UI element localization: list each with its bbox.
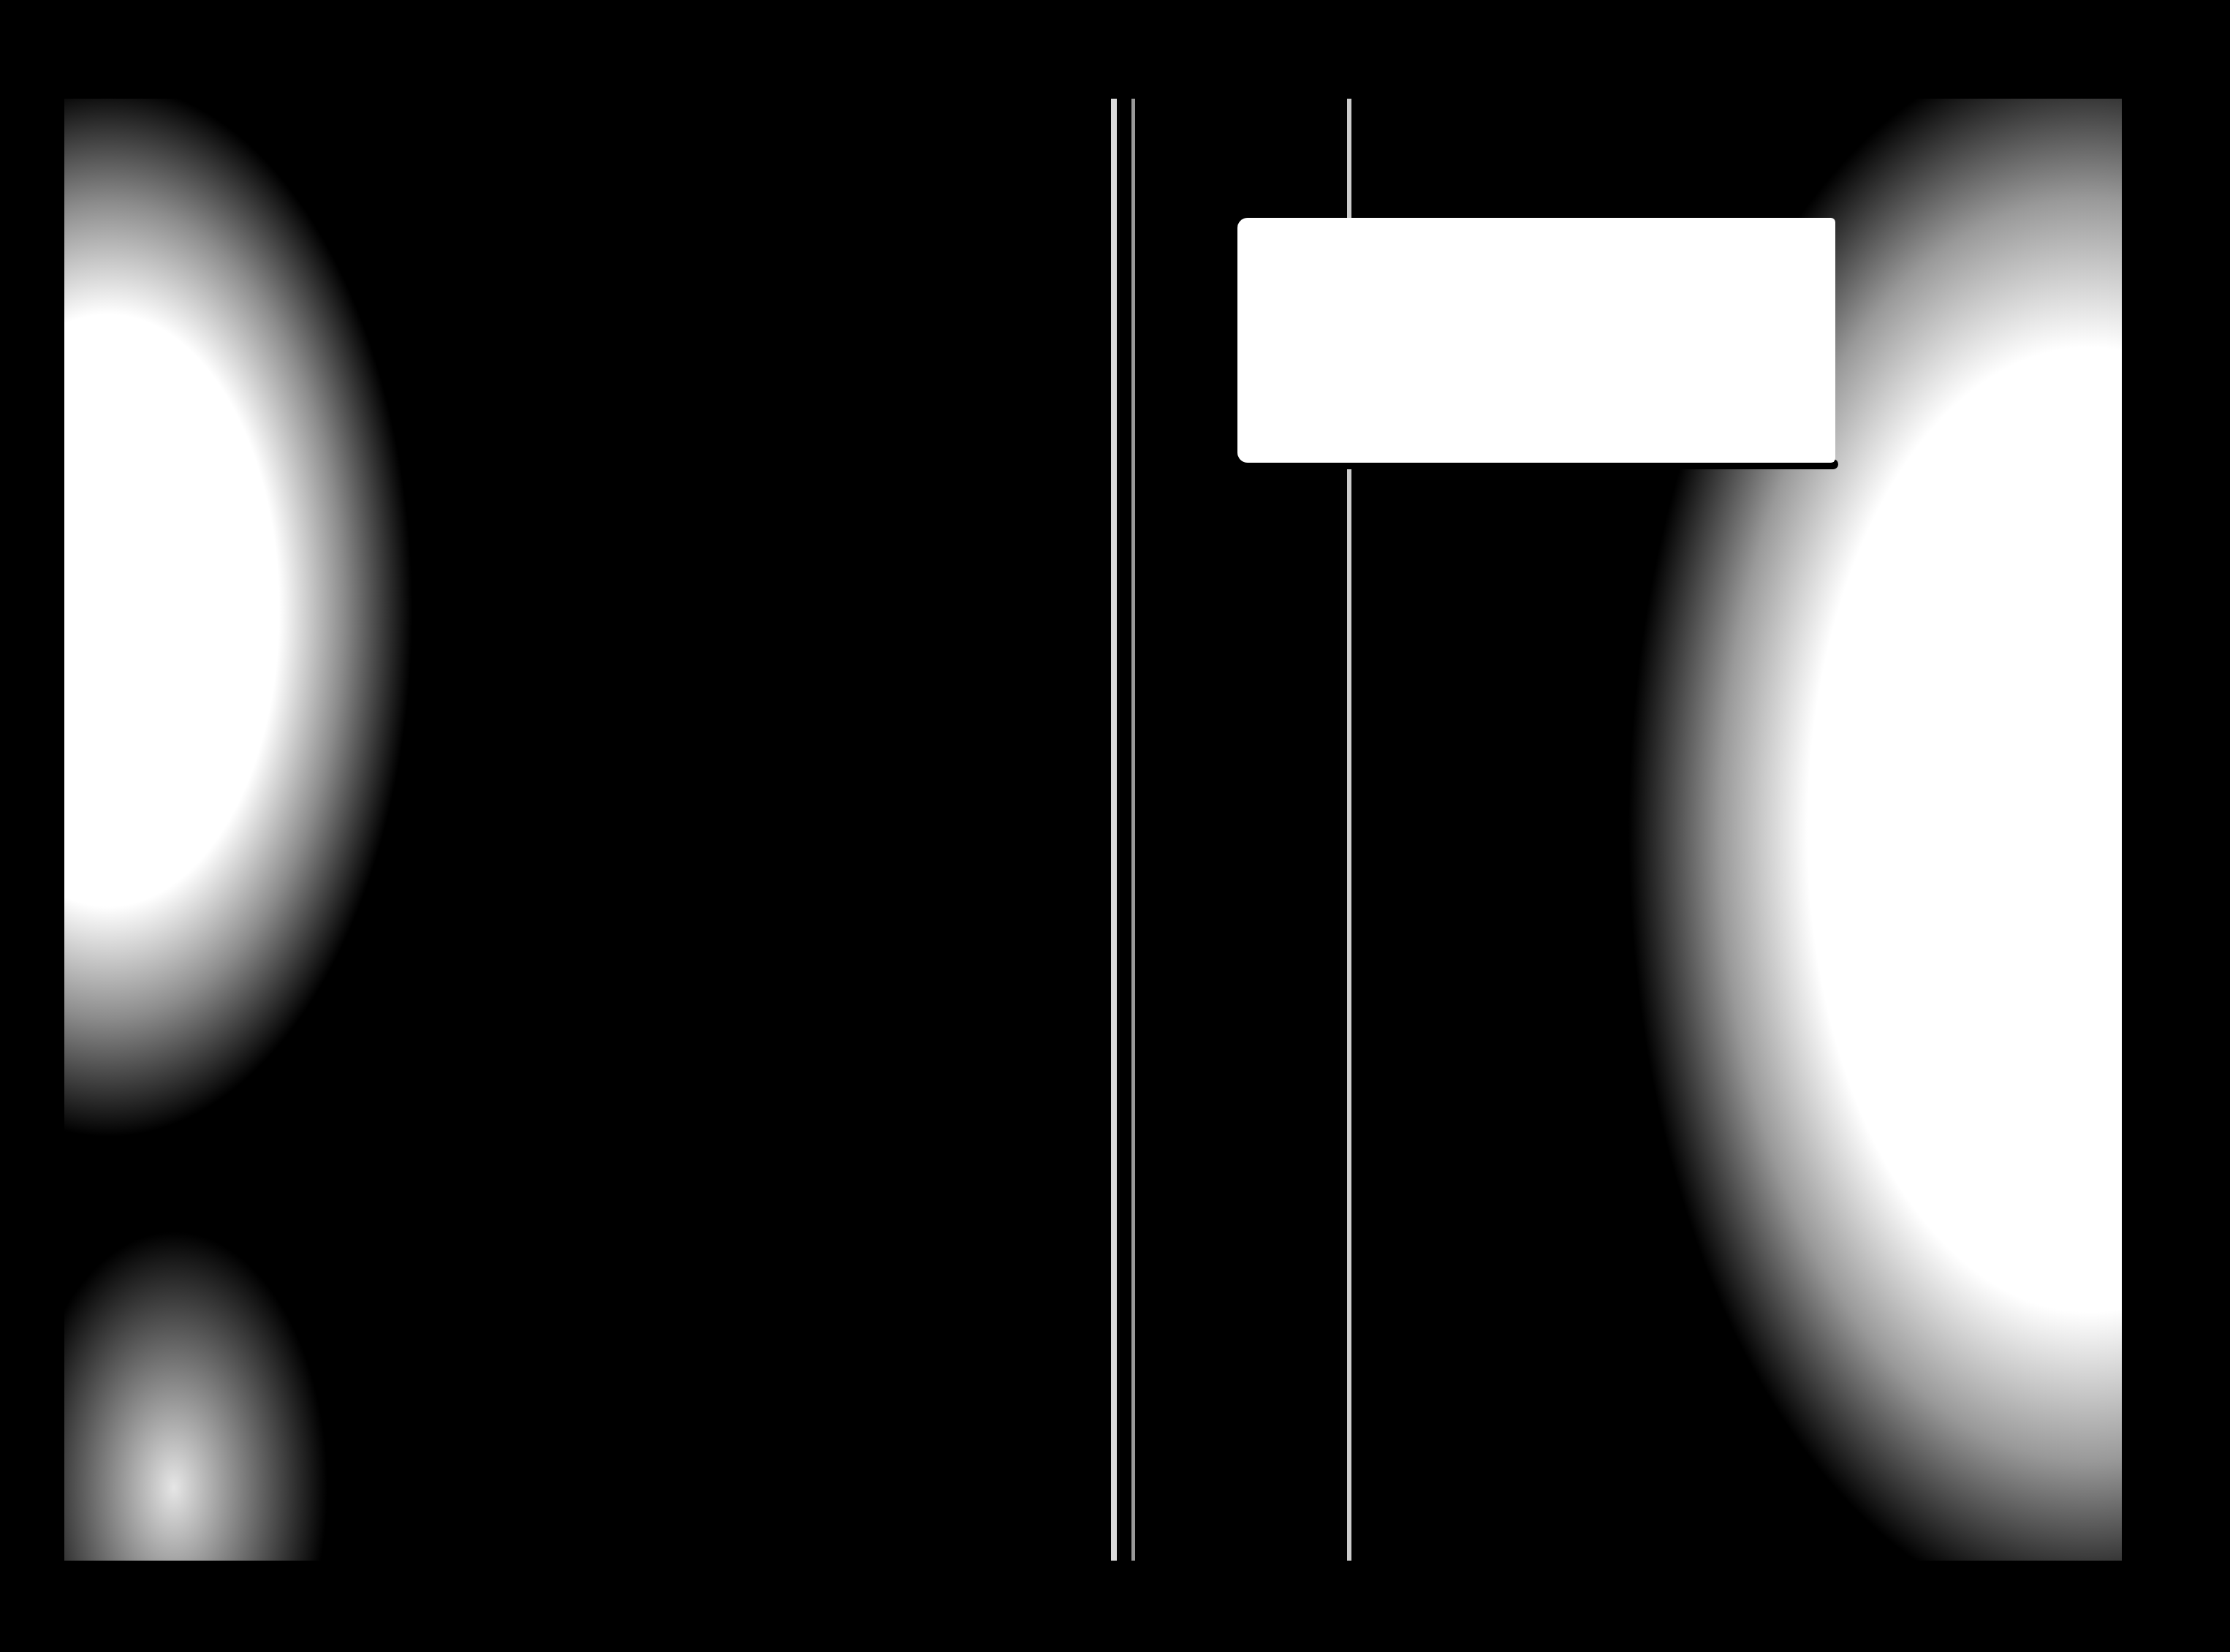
- back-cover: [64, 99, 1095, 1561]
- spine-edge-line: [1111, 99, 1117, 1561]
- title-label: [1237, 218, 1835, 463]
- spine-edge-line: [1131, 99, 1135, 1561]
- scanned-page: [0, 0, 2230, 1652]
